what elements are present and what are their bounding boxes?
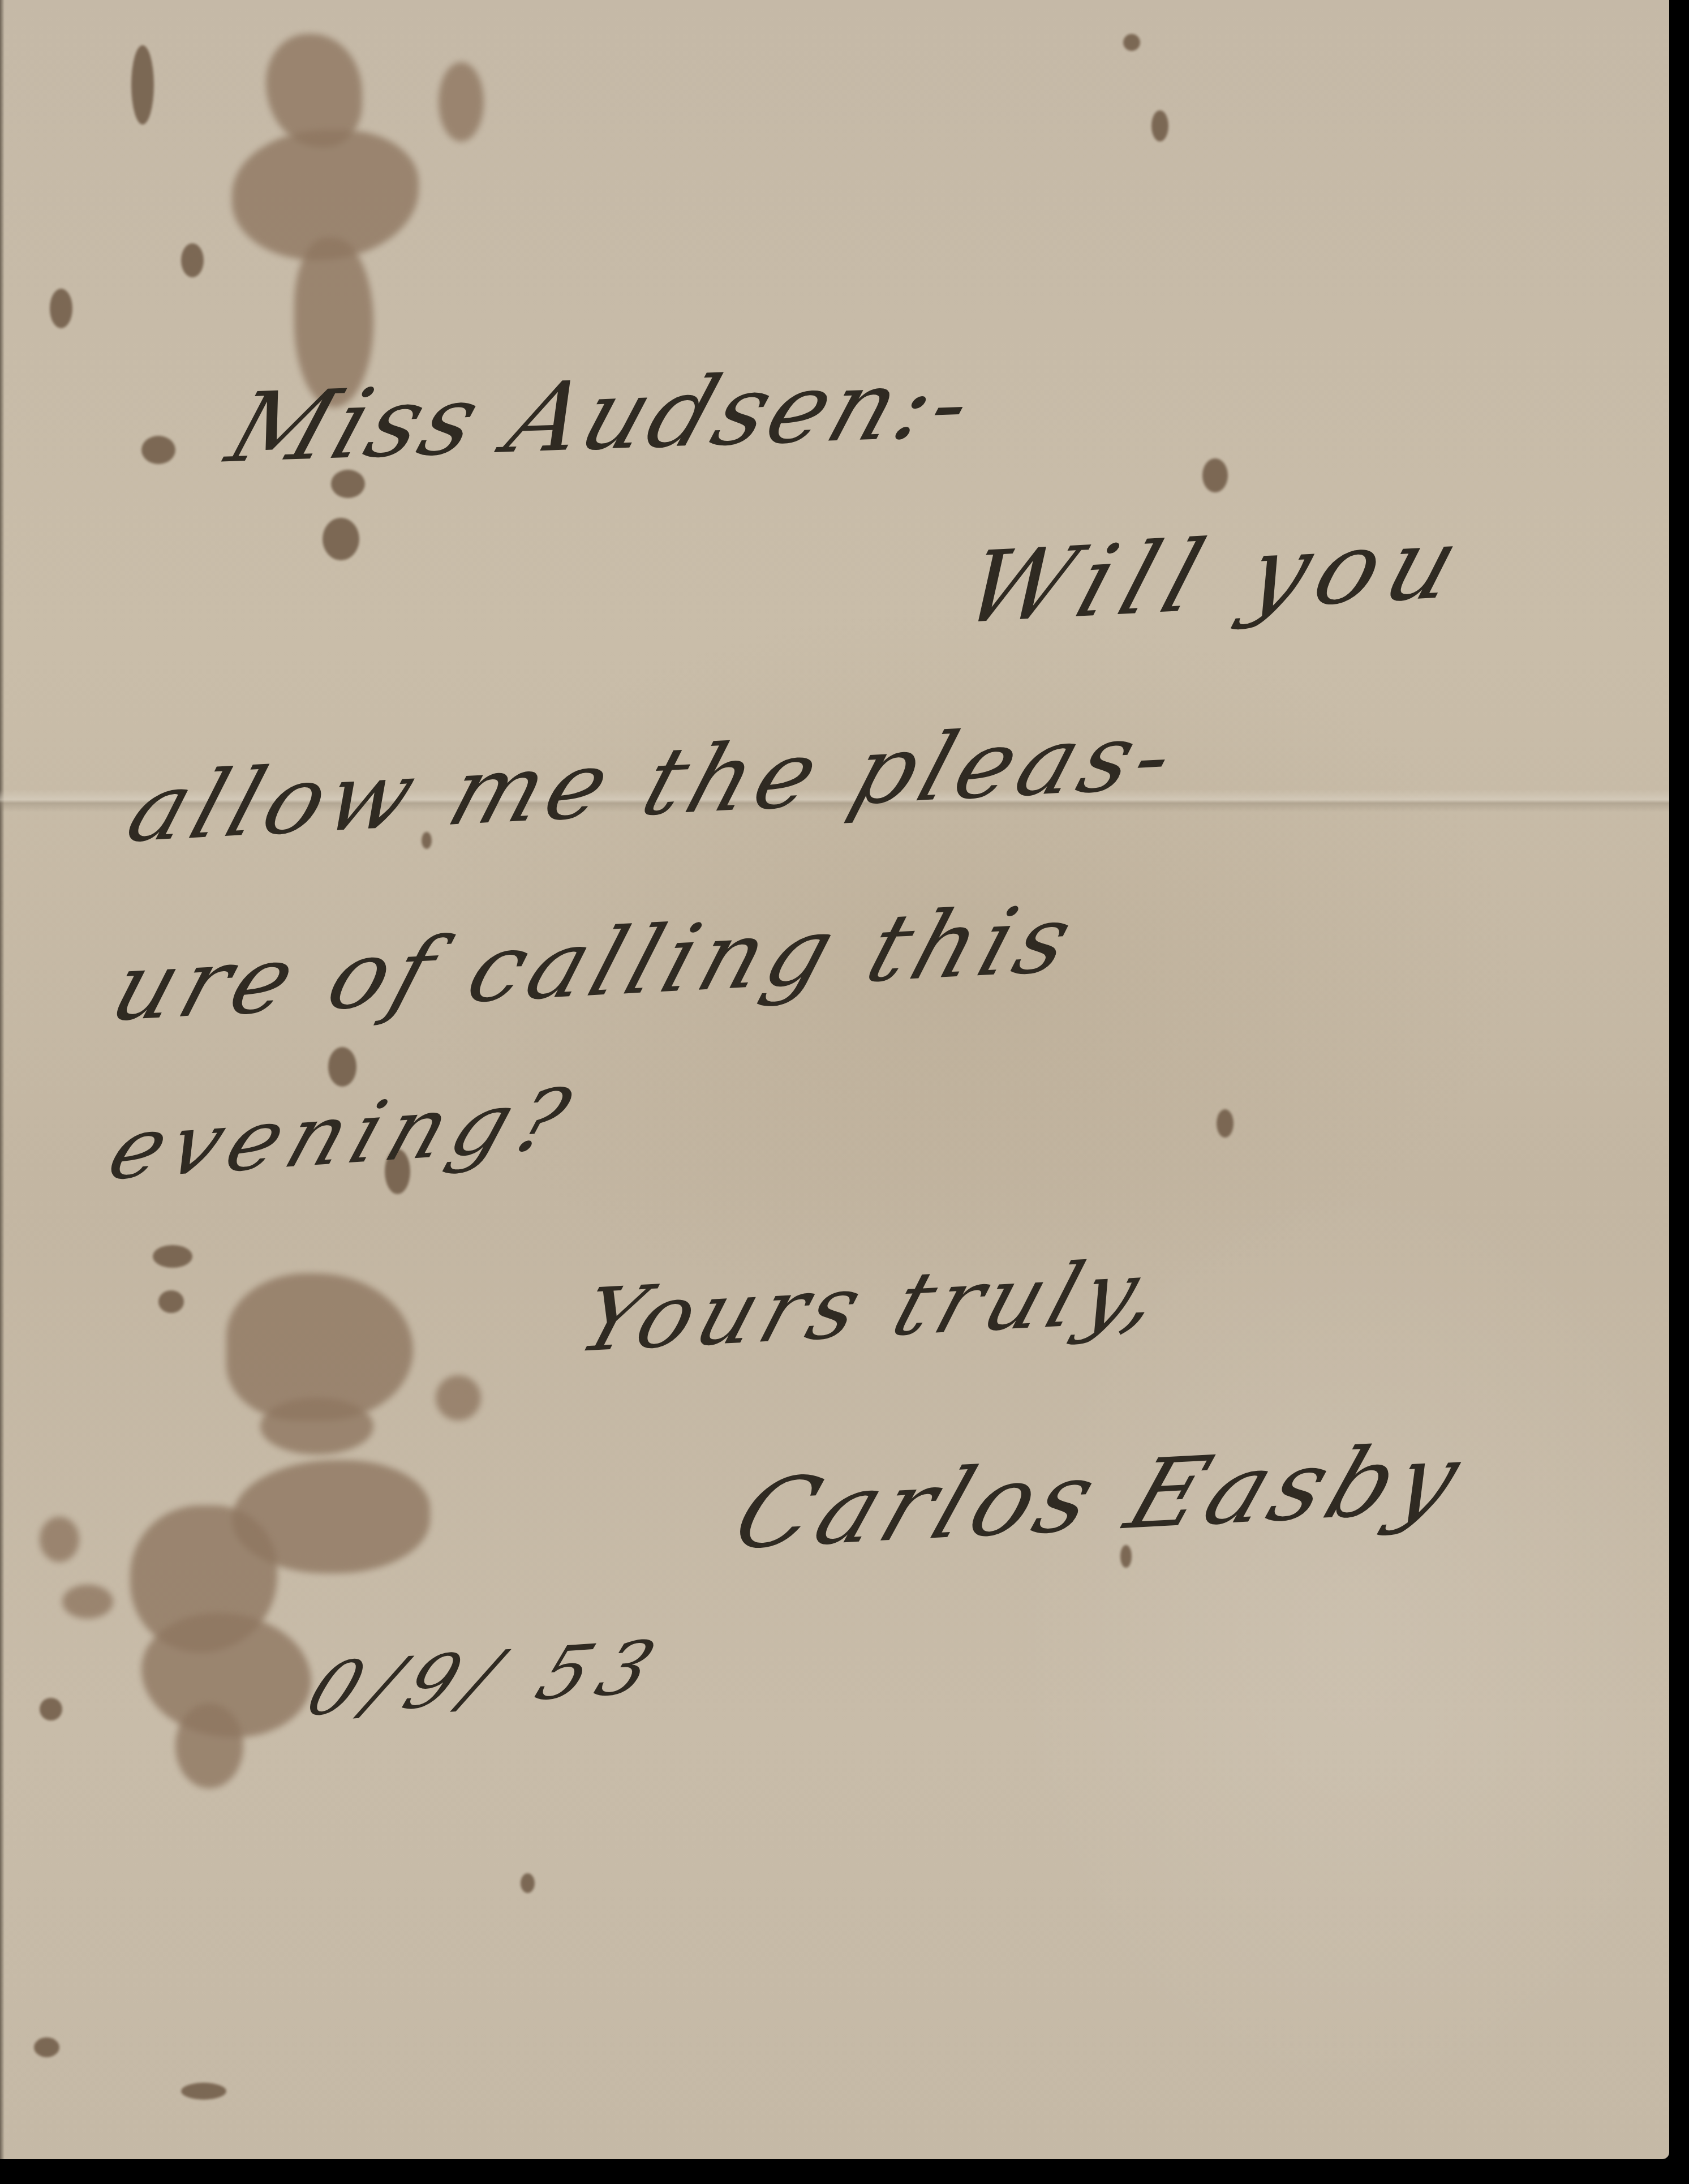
spot xyxy=(141,436,175,464)
closing: Yours truly, xyxy=(570,1247,1177,1365)
body-line-1: Will you xyxy=(953,514,1480,638)
spot xyxy=(181,2083,226,2100)
body-line-2: allow me the pleas- xyxy=(118,709,1189,856)
spot xyxy=(34,2037,59,2057)
spot xyxy=(1217,1109,1234,1138)
spot xyxy=(521,1873,535,1893)
spot xyxy=(158,1290,184,1313)
spot xyxy=(1202,458,1228,492)
spot xyxy=(153,1245,192,1268)
stain-bottom-edge-b xyxy=(62,1585,113,1619)
stain-top-right xyxy=(439,62,484,141)
paper-left-edge xyxy=(0,0,5,2159)
body-line-4: evening? xyxy=(99,1077,587,1193)
letter-paper: Miss Audsen:- Will you allow me the plea… xyxy=(0,0,1669,2159)
spot xyxy=(1123,34,1140,51)
stain-bottom-cluster-d xyxy=(175,1704,243,1788)
date: 0/9/ 53 xyxy=(297,1629,676,1727)
spot xyxy=(323,518,359,560)
spot xyxy=(328,1047,356,1087)
stain-bottom-mid xyxy=(260,1398,373,1454)
stain-bottom-right xyxy=(436,1375,481,1421)
spot xyxy=(131,45,154,125)
spot xyxy=(50,289,72,328)
salutation: Miss Audsen:- xyxy=(217,355,987,477)
spot xyxy=(1151,110,1168,141)
spot xyxy=(181,243,204,277)
stain-bottom-edge-a xyxy=(40,1517,79,1562)
signature: Carlos Easby xyxy=(723,1430,1477,1563)
body-line-3: ure of calling this xyxy=(102,893,1088,1035)
spot xyxy=(40,1698,62,1720)
